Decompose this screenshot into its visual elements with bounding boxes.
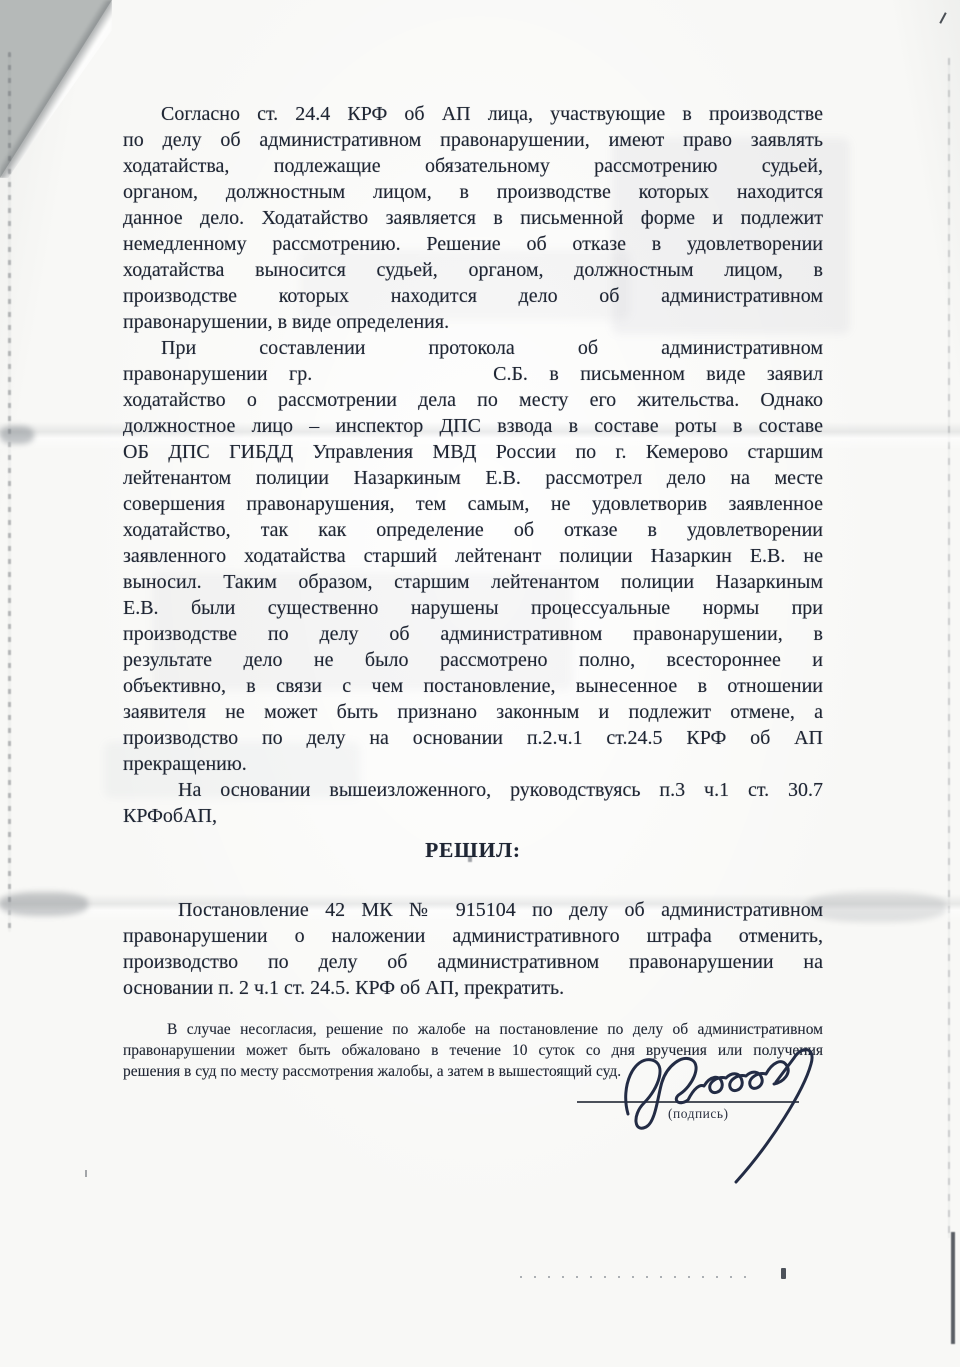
text-line: На основании вышеизложенного, руководств… [123,777,823,803]
page-edge-left [8,52,11,932]
text-line: основании п. 2 ч.1 ст. 24.5. КРФ об АП, … [123,975,823,1001]
text-line: производстве по делу об административном… [123,621,823,647]
text-line: КРФобАП, [123,803,823,829]
paragraph-resolution: Постановление 42 МК № 915104 по делу об … [123,897,823,1001]
text-line: производстве которых находится дело об а… [123,283,823,309]
scan-speck [781,1268,786,1279]
text-line-with-redaction: правонарушении гр. С.Б. в письменном вид… [123,361,823,387]
text-line: правонарушении о наложении административ… [123,923,823,949]
text-line: Согласно ст. 24.4 КРФ об АП лица, участв… [123,101,823,127]
text-line: ходатайство о рассмотрении дела по месту… [123,387,823,413]
paragraph-legal-basis: Согласно ст. 24.4 КРФ об АП лица, участв… [123,101,823,335]
text-line: производство по делу на основании п.2.ч.… [123,725,823,751]
text-line: ОБ ДПС ГИБДД Управления МВД России по г.… [123,439,823,465]
text-line: прекращению. [123,751,823,777]
text-line: Е.В. были существенно нарушены процессуа… [123,595,823,621]
signature-caption: (подпись) [668,1106,729,1122]
crease-smudge [806,892,946,922]
scan-dots [520,1276,756,1278]
text-line: заявителя не может быть признано законны… [123,699,823,725]
text-line: объективно, в связи с чем постановление,… [123,673,823,699]
text-line: должностное лицо – инспектор ДПС взвода … [123,413,823,439]
document-body: Согласно ст. 24.4 КРФ об АП лица, участв… [123,101,823,1082]
text-line: немедленному рассмотрению. Решение об от… [123,231,823,257]
text-line: совершения правонарушения, тем самым, не… [123,491,823,517]
signature-block: (подпись) [540,1030,850,1210]
crease-smudge [0,892,88,916]
text-line: Постановление 42 МК № 915104 по делу об … [123,897,823,923]
text-line: ходатайства, подлежащие обязательному ра… [123,153,823,179]
scan-speck [85,1170,87,1177]
text-line: правонарушении, в виде определения. [123,309,823,335]
text-line: лейтенантом полиции Назаркиным Е.В. расс… [123,465,823,491]
paragraph-case-facts: При составлении протокола об администрат… [123,335,823,777]
text-line: данное дело. Ходатайство заявляется в пи… [123,205,823,231]
text-line: ходатайство, так как определение об отка… [123,517,823,543]
decision-heading: РЕШИЛ: [123,837,823,863]
text-line: выносил. Таким образом, старшим лейтенан… [123,569,823,595]
page-edge-right-dark [951,1232,955,1344]
text-line: результате дело не было рассмотрено полн… [123,647,823,673]
crease-smudge [0,426,34,444]
text-before-redaction: правонарушении гр. [123,363,312,385]
text-line: производство по делу об административном… [123,949,823,975]
redacted-name-gap [334,379,472,380]
text-line: ходатайства выносится судьей, органом, д… [123,257,823,283]
text-line: При составлении протокола об администрат… [123,335,823,361]
spacer [123,869,823,897]
text-line: органом, должностным лицом, в производст… [123,179,823,205]
text-after-redaction: С.Б. в письменном виде заявил [493,363,823,385]
text-line: заявленного ходатайства старший лейтенан… [123,543,823,569]
text-line: по делу об административном правонарушен… [123,127,823,153]
paragraph-ruling-basis: На основании вышеизложенного, руководств… [123,777,823,829]
page-edge-right [948,58,950,1238]
